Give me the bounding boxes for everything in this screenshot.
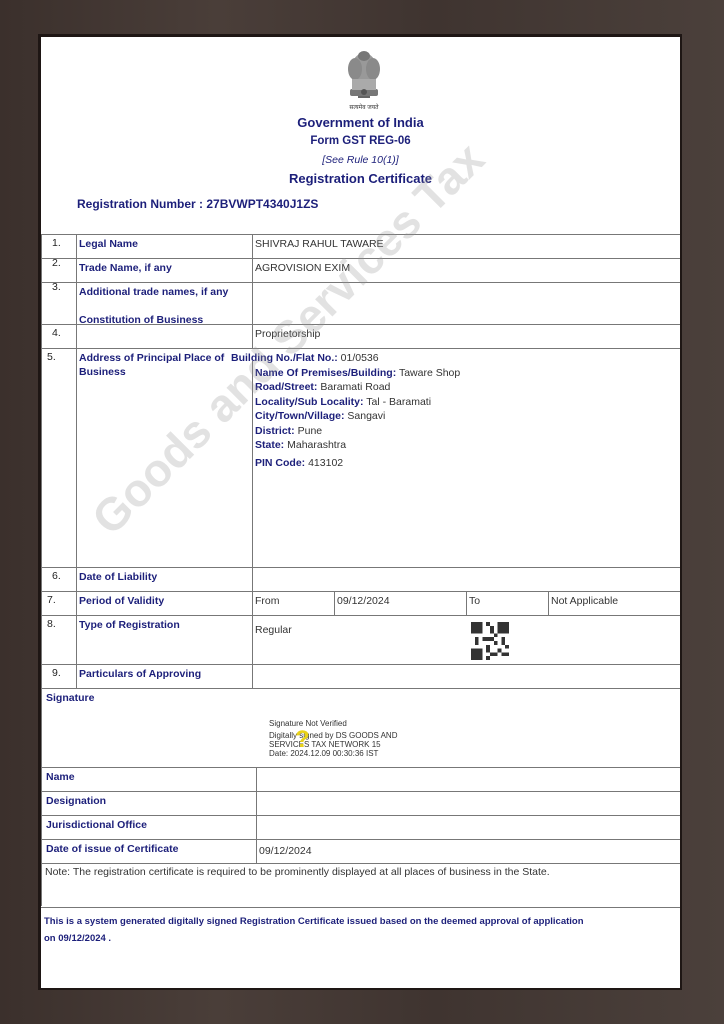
trade-name-label: Trade Name, if any [79, 261, 172, 275]
qr-code-icon [471, 622, 509, 660]
table-row-additional-names: 3. Additional trade names, if any Consti… [41, 282, 680, 325]
registration-number: Registration Number : 27BVWPT4340J1ZS [77, 197, 318, 211]
validity-from: 09/12/2024 [337, 595, 390, 607]
registration-type-label: Type of Registration [79, 618, 180, 632]
table-row-trade-name: 2. Trade Name, if any AGROVISION EXIM [41, 258, 680, 283]
legal-name-value: SHIVRAJ RAHUL TAWARE [255, 238, 384, 250]
trade-name-value: AGROVISION EXIM [255, 262, 350, 274]
table-row-address: 5. Address of Principal Place of Busines… [41, 348, 680, 568]
table-left-border [41, 234, 42, 906]
validity-label: Period of Validity [79, 594, 164, 608]
officer-row-designation: Designation [41, 791, 680, 816]
note-row: Note: The registration certificate is re… [41, 863, 680, 908]
rule-reference: [See Rule 10(1)] [41, 154, 680, 166]
officer-row-name: Name [41, 767, 680, 792]
certificate-page: सत्यमेव जयते Government of India Form GS… [41, 37, 680, 988]
emblem-motto: सत्यमेव जयते [330, 103, 398, 111]
table-row-registration-type: 8. Type of Registration Regular [41, 615, 680, 665]
table-row-legal-name: 1. Legal Name SHIVRAJ RAHUL TAWARE [41, 234, 680, 259]
certificate-title: Registration Certificate [41, 171, 680, 186]
date-of-liability-label: Date of Liability [79, 570, 157, 584]
additional-names-label: Additional trade names, if any [79, 285, 229, 299]
registration-type-value: Regular [255, 624, 292, 636]
validity-to: Not Applicable [551, 595, 618, 607]
signature-section: Signature Signature Not Verified Digital… [41, 688, 680, 768]
table-row-approving: 9. Particulars of Approving [41, 664, 680, 689]
approving-label: Particulars of Approving [79, 667, 201, 681]
officer-row-jurisdiction: Jurisdictional Office [41, 815, 680, 840]
registration-number-label: Registration Number : [77, 197, 203, 211]
table-row-date-of-liability: 6. Date of Liability [41, 567, 680, 592]
national-emblem-icon [338, 47, 390, 109]
address-value: Building No./Flat No.: 01/0536 Name Of P… [255, 351, 460, 470]
display-note: Note: The registration certificate is re… [45, 866, 550, 878]
table-row-constitution: 4. Proprietorship [41, 324, 680, 349]
system-generated-footer: This is a system generated digitally sig… [44, 913, 664, 947]
issue-date-value: 09/12/2024 [259, 845, 312, 857]
government-title: Government of India [41, 115, 680, 130]
digital-signature-block: Signature Not Verified Digitally signed … [269, 719, 398, 758]
registration-number-value: 27BVWPT4340J1ZS [206, 197, 318, 211]
table-row-validity: 7. Period of Validity From 09/12/2024 To… [41, 591, 680, 616]
signature-label: Signature [46, 691, 94, 705]
signature-status: Signature Not Verified [269, 719, 398, 728]
legal-name-label: Legal Name [79, 237, 138, 251]
constitution-value: Proprietorship [255, 328, 320, 340]
signature-question-icon: ? [295, 726, 310, 754]
form-title: Form GST REG-06 [41, 135, 680, 147]
officer-row-issue-date: Date of issue of Certificate 09/12/2024 [41, 839, 680, 864]
address-label: Address of Principal Place of [79, 351, 224, 365]
